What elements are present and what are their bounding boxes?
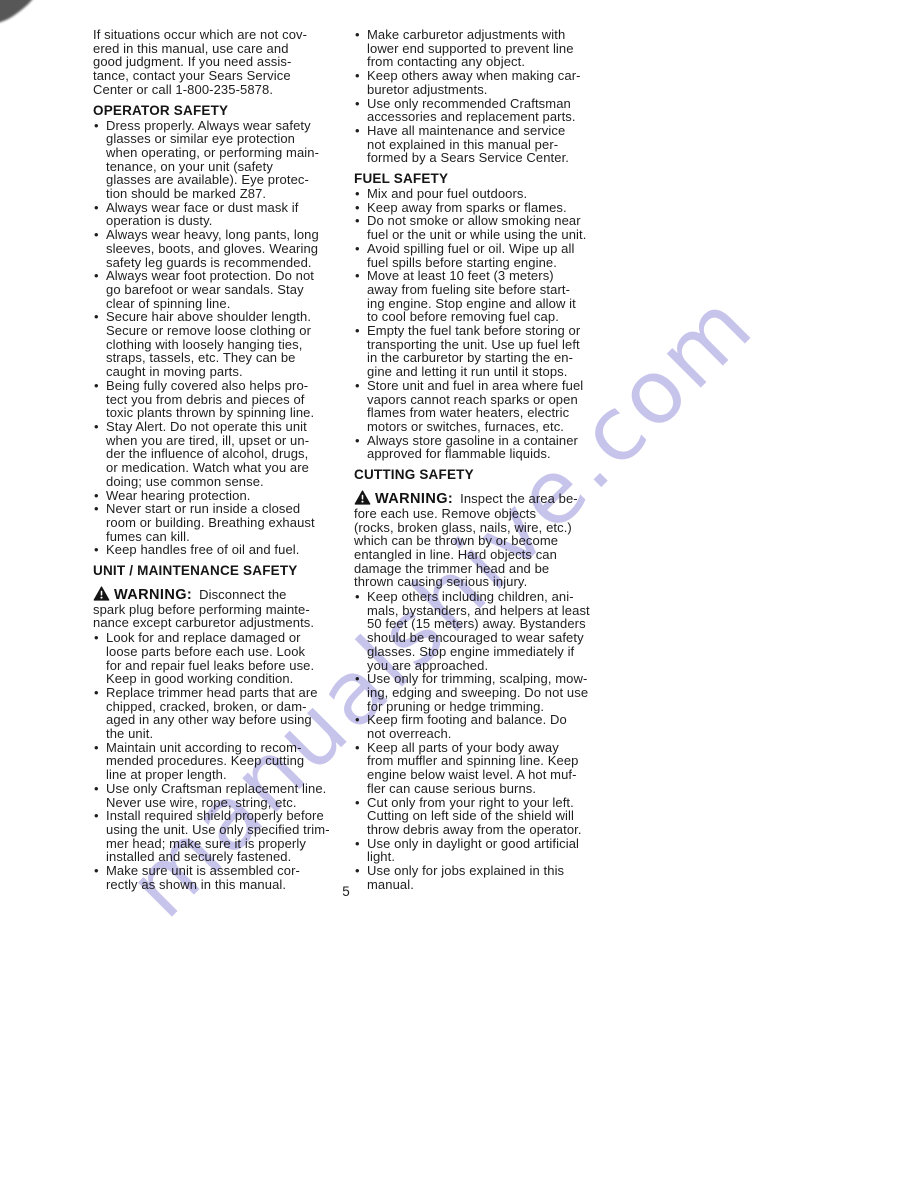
bullet-item: Replace trimmer head parts that are chip… — [93, 686, 351, 741]
bullet-item: Empty the fuel tank before storing or tr… — [354, 324, 612, 379]
bullet-item: Do not smoke or allow smoking near fuel … — [354, 214, 612, 241]
bullet-list: Dress properly. Always wear safety glass… — [93, 119, 351, 558]
bullet-item: Use only in daylight or good artificial … — [354, 837, 612, 864]
bullet-item: Avoid spilling fuel or oil. Wipe up all … — [354, 242, 612, 269]
bullet-item: Look for and replace damaged or loose pa… — [93, 631, 351, 686]
scan-corner-artifact — [0, 0, 46, 31]
warning-label: WARNING: — [375, 491, 453, 507]
bullet-item: Maintain unit according to recom- mended… — [93, 741, 351, 782]
warning-paragraph: WARNING:Disconnect the spark plug before… — [93, 586, 351, 630]
bullet-item: Always wear heavy, long pants, long slee… — [93, 228, 351, 269]
bullet-item: Keep away from sparks or flames. — [354, 201, 612, 215]
bullet-item: Always wear foot protection. Do not go b… — [93, 269, 351, 310]
bullet-item: Cut only from your right to your left. C… — [354, 796, 612, 837]
right-column: Make carburetor adjustments with lower e… — [354, 28, 612, 891]
bullet-item: Keep others including children, ani- mal… — [354, 590, 612, 672]
bullet-item: Use only for jobs explained in this manu… — [354, 864, 612, 891]
bullet-item: Install required shield properly before … — [93, 809, 351, 864]
bullet-item: Dress properly. Always wear safety glass… — [93, 119, 351, 201]
warning-triangle-icon — [93, 586, 114, 602]
bullet-item: Keep others away when making car- bureto… — [354, 69, 612, 96]
bullet-list: Make carburetor adjustments with lower e… — [354, 28, 612, 165]
bullet-item: Make sure unit is assembled cor- rectly … — [93, 864, 351, 891]
bullet-item: Store unit and fuel in area where fuel v… — [354, 379, 612, 434]
bullet-item: Keep firm footing and balance. Do not ov… — [354, 713, 612, 740]
bullet-list: Look for and replace damaged or loose pa… — [93, 631, 351, 891]
bullet-item: Always wear face or dust mask if operati… — [93, 201, 351, 228]
bullet-item: Have all maintenance and service not exp… — [354, 124, 612, 165]
bullet-item: Always store gasoline in a container app… — [354, 434, 612, 461]
manual-page: manualshive.com If situations occur whic… — [0, 0, 918, 1188]
left-column: If situations occur which are not cov- e… — [93, 28, 351, 891]
bullet-item: Mix and pour fuel outdoors. — [354, 187, 612, 201]
warning-label: WARNING: — [114, 587, 192, 603]
section-heading: UNIT / MAINTENANCE SAFETY — [93, 563, 351, 578]
bullet-item: Stay Alert. Do not operate this unit whe… — [93, 420, 351, 489]
bullet-item: Use only for trimming, scalping, mow- in… — [354, 672, 612, 713]
section-heading: OPERATOR SAFETY — [93, 103, 351, 118]
bullet-list: Keep others including children, ani- mal… — [354, 590, 612, 891]
warning-triangle-icon — [354, 490, 375, 506]
bullet-item: Being fully covered also helps pro- tect… — [93, 379, 351, 420]
bullet-item: Keep all parts of your body away from mu… — [354, 741, 612, 796]
bullet-item: Secure hair above shoulder length. Secur… — [93, 310, 351, 379]
bullet-item: Use only recommended Craftsman accessori… — [354, 97, 612, 124]
page-number: 5 — [336, 884, 356, 899]
bullet-item: Wear hearing protection. — [93, 489, 351, 503]
bullet-item: Never start or run inside a closed room … — [93, 502, 351, 543]
bullet-item: Use only Craftsman replacement line. Nev… — [93, 782, 351, 809]
warning-paragraph: WARNING:Inspect the area be- fore each u… — [354, 490, 612, 589]
bullet-item: Make carburetor adjustments with lower e… — [354, 28, 612, 69]
bullet-list: Mix and pour fuel outdoors.Keep away fro… — [354, 187, 612, 461]
bullet-item: Keep handles free of oil and fuel. — [93, 543, 351, 557]
bullet-item: Move at least 10 feet (3 meters) away fr… — [354, 269, 612, 324]
body-paragraph: If situations occur which are not cov- e… — [93, 28, 351, 97]
section-heading: FUEL SAFETY — [354, 171, 612, 186]
section-heading: CUTTING SAFETY — [354, 467, 612, 482]
